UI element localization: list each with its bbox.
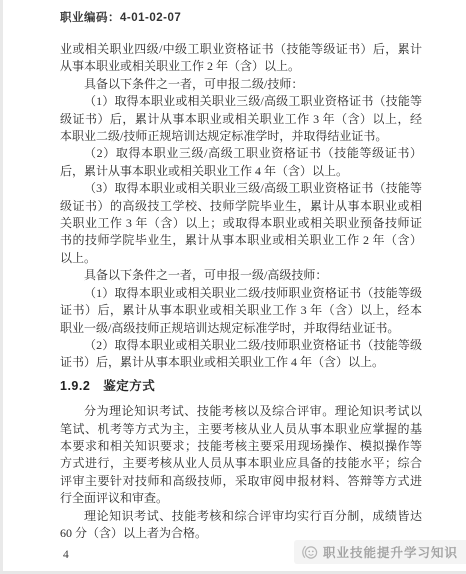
body-line: 具备以下条件之一者，可申报二级/技师： [60,76,422,93]
body-line: 笔试、机考等方式为主，主要考核从业人员从事本职业应掌握的基 [60,421,422,438]
body-line: 级证书）的高级技工学校、技师学院毕业生，累计从事本职业或相 [60,198,422,215]
body-line: （2）取得本职业三级/高级工职业资格证书（技能等级证书） [60,145,422,162]
body-line: 评审主要针对技师和高级技师，采取审阅申报材料、答辩等方式进 [60,473,422,490]
section-heading: 1.9.2 鉴定方式 [60,378,422,395]
body-line: 关职业工作 3 年（含）以上；或取得本职业或相关职业预备技师证 [60,215,422,232]
page-number: 4 [63,549,69,561]
body-line: 从事本职业或相关职业工作 2 年（含）以上。 [60,58,422,75]
body-line: 级证书）后，累计从事本职业或相关职业工作 3 年（含）以上，经 [60,111,422,128]
body-line: 以上。 [60,250,422,267]
body-line: （2）取得本职业或相关职业二级/技师职业资格证书（技能等级 [60,337,422,354]
body-line: 本要求和相关知识要求；技能考核主要采用现场操作、模拟操作等 [60,438,422,455]
watermark-banner: 职业技能提升学习知识 [294,540,466,564]
body-line: 理论知识考试、技能考核和综合评审均实行百分制，成绩皆达 [60,508,422,525]
watermark-label: 职业技能提升学习知识 [323,543,458,561]
body-line: 行全面评议和审查。 [60,490,422,507]
body-line: 方式进行，主要考核从业人员从事本职业应具备的技能水平；综合 [60,455,422,472]
body-line: 证书）后，累计从事本职业或相关职业工作 4 年（含）以上。 [60,354,422,371]
watermark-logo-icon [301,544,318,561]
body-line: （3）取得本职业或相关职业三级/高级工职业资格证书（技能等 [60,180,422,197]
body-line: 本职业二级/技师正规培训达规定标准学时，并取得结业证书。 [60,128,422,145]
body-line: 职业一级/高级技师正规培训达规定标准学时，并取得结业证书。 [60,320,422,337]
occupation-code-header: 职业编码：4-01-02-07 [60,9,181,25]
body-line: （1）取得本职业或相关职业二级/技师职业资格证书（技能等级 [60,285,422,302]
body-text: 业或相关职业四级/中级工职业资格证书（技能等级证书）后，累计从事本职业或相关职业… [60,41,422,542]
body-line: 具备以下条件之一者，可申报一级/高级技师： [60,267,422,284]
body-line: 业或相关职业四级/中级工职业资格证书（技能等级证书）后，累计 [60,41,422,58]
document-page: 职业编码：4-01-02-07 业或相关职业四级/中级工职业资格证书（技能等级证… [0,0,466,574]
body-line: （1）取得本职业或相关职业三级/高级工职业资格证书（技能等 [60,93,422,110]
body-line: 分为理论知识考试、技能考核以及综合评审。理论知识考试以 [60,403,422,420]
scan-edge-left [0,0,3,574]
body-line: 后，累计从事本职业或相关职业工作 4 年（含）以上。 [60,163,422,180]
body-line: 证书）后，累计从事本职业或相关职业工作 3 年（含）以上，经本 [60,302,422,319]
body-line: 书的技师学院毕业生，累计从事本职业或相关职业工作 2 年（含） [60,232,422,249]
